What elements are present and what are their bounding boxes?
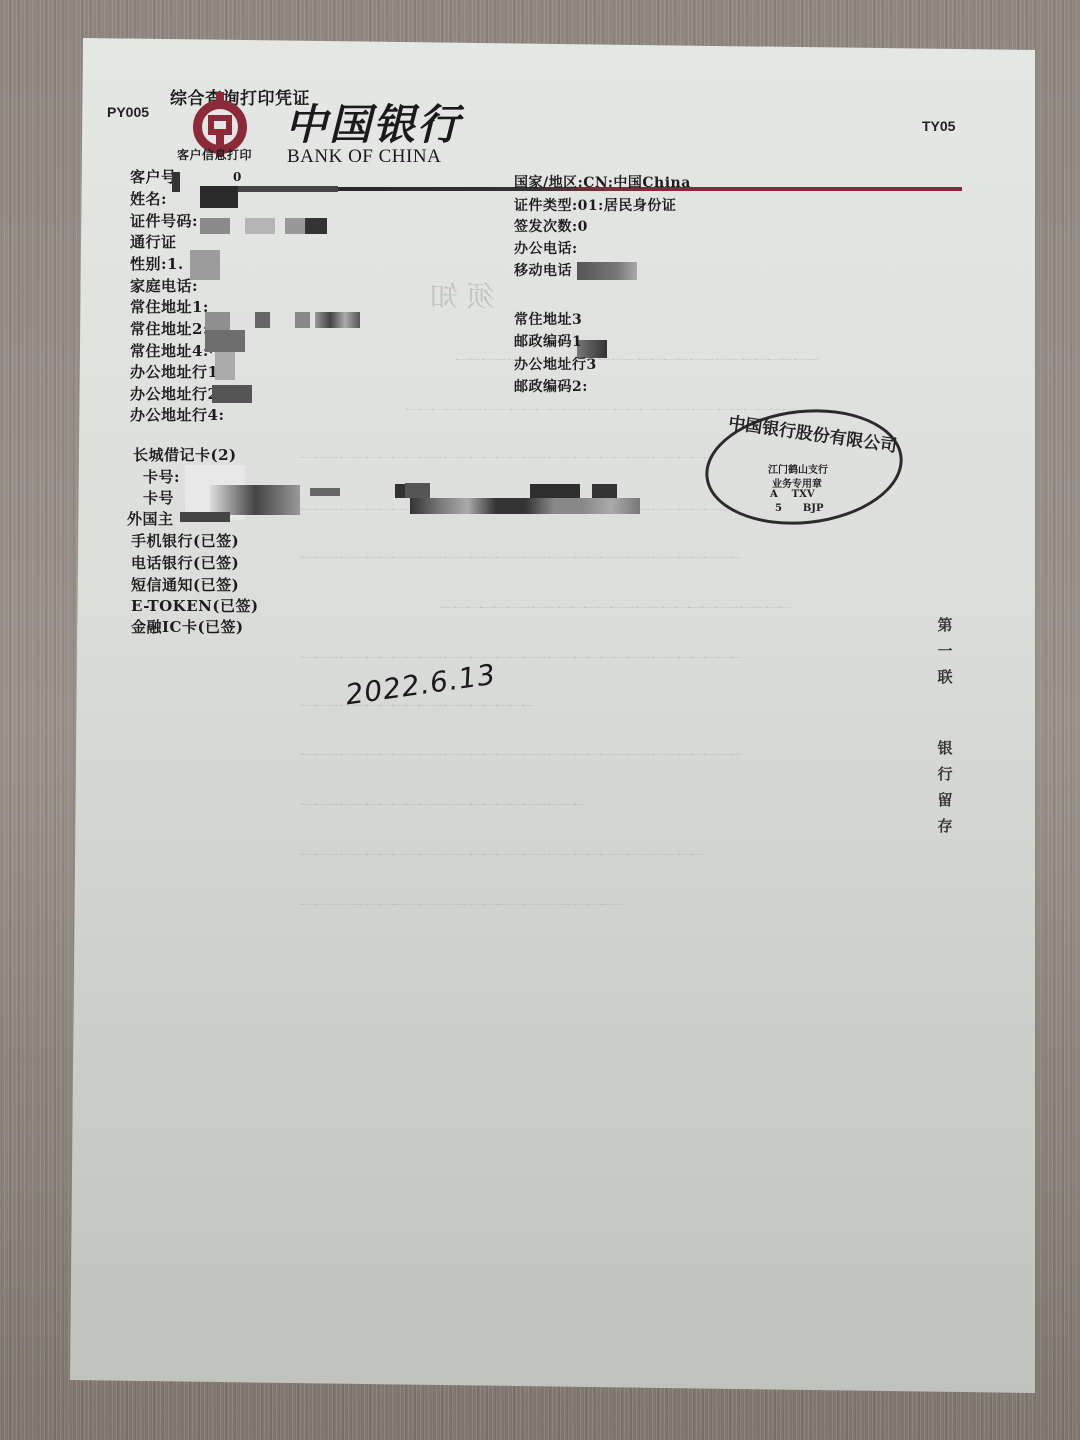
field-country: 国家/地区:CN:中国China [514, 172, 691, 192]
field-id-number: 证件号码: [130, 210, 198, 231]
service-etoken: E-TOKEN(已签) [131, 595, 259, 616]
form-code-left: PY005 [107, 104, 149, 120]
seal-code-2: 5 BJP [775, 503, 824, 514]
side-note-char: 留 [935, 787, 955, 813]
bank-name-en: BANK OF CHINA [287, 146, 441, 168]
show-through-text: 一一一一一一一一一一一一一一一一一一一一一一一一一一一一一一一一一一 [300, 745, 742, 764]
field-id-type: 证件类型:01:居民身份证 [514, 195, 676, 215]
show-through-text: 一一一一一一一一一一一一一一一一一一一一一一一一一一一 [440, 598, 791, 617]
service-phone-banking: 电话银行(已签) [131, 552, 239, 573]
seal-branch: 江门鹤山支行 [768, 461, 828, 476]
field-gender: 性别:1. [130, 253, 184, 274]
field-postcode-2: 邮政编码2: [514, 376, 588, 396]
document-paper: 须 知 一一一一一一一一一一一一一一一一一一一一一一一一一一一一 一一一一一一一… [0, 0, 1080, 1440]
field-office-address-1: 办公地址行1: [130, 361, 224, 382]
show-through-title: 须 知 [430, 275, 495, 315]
field-office-address-2: 办公地址行2: [130, 383, 224, 404]
show-through-text: 一一一一一一一一一一一一一一一一一一一一一一一一一 [300, 895, 625, 914]
seal-purpose: 业务专用章 [772, 475, 822, 490]
service-ic-card: 金融IC卡(已签) [131, 616, 244, 637]
show-through-text: 一一一一一一一一一一一一一一一一一一一一一一 [300, 795, 586, 814]
bank-name-cn: 中国银行 [285, 92, 461, 152]
side-note-char: 联 [935, 664, 955, 690]
show-through-text: 一一一一一一一一一一一一一一一一一一一一一一一一一一一一一一一一一一 [300, 648, 742, 667]
show-through-text: 一一一一一一一一一一一一一一一一一一一一一一一一一一一一 [455, 350, 819, 369]
field-mobile-phone: 移动电话 [514, 260, 572, 280]
service-mobile-banking: 手机银行(已签) [131, 530, 239, 551]
seal-code-1: A TXV [770, 489, 815, 500]
show-through-text: 一一一一一一一一一一一一一一一一一一一一一一一一一一一一一一一一一一 [300, 548, 742, 567]
side-note-char: 第 [935, 612, 955, 638]
side-note-char: 一 [935, 638, 955, 664]
side-note-char: 行 [935, 761, 955, 787]
form-subtitle: 客户信息打印 [177, 146, 252, 163]
field-permit: 通行证 [130, 231, 177, 252]
field-home-phone: 家庭电话: [130, 275, 198, 296]
side-note-char: 银 [935, 735, 955, 761]
field-address-2: 常住地址2: [130, 318, 209, 339]
card-section-heading: 长城借记卡(2) [133, 444, 237, 465]
service-sms-notice: 短信通知(已签) [131, 574, 239, 595]
show-through-text: 一一一一一一一一一一一一一一一一一一一一一一一一一一一一一一一一 [300, 448, 716, 467]
side-note-char: 存 [935, 813, 955, 839]
field-address-3: 常住地址3 [514, 309, 582, 329]
form-code-right: TY05 [922, 118, 955, 134]
card-row: 卡号 [143, 487, 174, 508]
field-office-address-4: 办公地址行4: [130, 404, 224, 425]
show-through-text: 一一一一一一一一一一一一一一一一一一一一一一一一一一一一一一一 [300, 845, 703, 864]
field-office-address-3: 办公地址行3 [514, 354, 597, 374]
field-office-phone: 办公电话: [514, 238, 578, 258]
foreign-card-row: 外国主 [127, 508, 174, 529]
field-postcode-1: 邮政编码1 [514, 331, 582, 351]
card-row: 卡号: [143, 466, 180, 487]
field-customer-no: 客户号 [130, 166, 177, 187]
field-address-1: 常住地址1: [130, 296, 209, 317]
field-name: 姓名: [130, 188, 167, 209]
field-issue-count: 签发次数:0 [514, 216, 588, 236]
field-customer-no-value: 0 [233, 170, 242, 184]
